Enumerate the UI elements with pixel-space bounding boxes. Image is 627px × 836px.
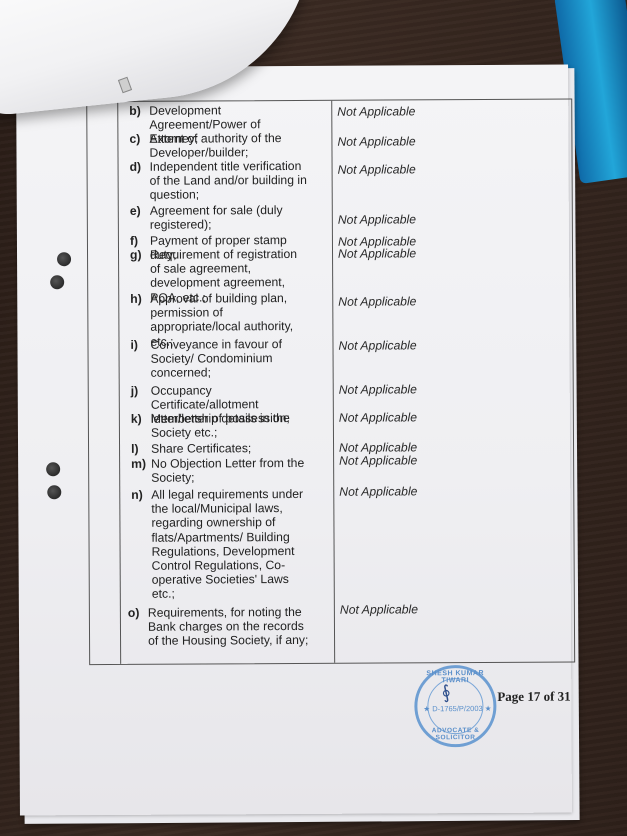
row-value: Not Applicable <box>339 382 417 397</box>
row-value: Not Applicable <box>339 484 417 499</box>
row-label: Conveyance in favour of Society/ Condomi… <box>130 337 310 381</box>
stamp-top-text: SHESH KUMAR TIWARI <box>417 670 493 684</box>
table-row: b)Development Agreement/Power of Attorne… <box>87 102 571 105</box>
row-value: Not Applicable <box>337 134 415 149</box>
advocate-stamp: SHESH KUMAR TIWARI ∮ ★ D-1765/P/2003 ★ A… <box>414 665 496 747</box>
row-label: No Objection Letter from the Society; <box>131 456 311 485</box>
row-value: Not Applicable <box>337 104 415 119</box>
table-row: j)Occupancy Certificate/allotment letter… <box>89 382 573 385</box>
row-value: Not Applicable <box>338 212 416 227</box>
page-number: Page 17 of 31 <box>497 689 570 705</box>
table-divider <box>331 101 335 663</box>
row-value: Not Applicable <box>338 338 416 353</box>
row-value: Not Applicable <box>338 162 416 177</box>
row-value: Not Applicable <box>339 453 417 468</box>
document-page: b)Development Agreement/Power of Attorne… <box>16 65 572 816</box>
table-divider <box>117 102 121 664</box>
row-label: Share Certificates; <box>131 441 311 456</box>
row-label: Requirements, for noting the Bank charge… <box>128 605 316 649</box>
row-label: All legal requirements under the local/M… <box>131 487 312 602</box>
row-label: Extent of authority of the Developer/bui… <box>129 131 309 160</box>
stamp-bottom-text: ADVOCATE & SOLICITOR <box>418 727 494 741</box>
row-value: Not Applicable <box>338 246 416 261</box>
row-value: Not Applicable <box>338 294 416 309</box>
table-row: o)Requirements, for noting the Bank char… <box>90 604 574 607</box>
row-label: Independent title verification of the La… <box>130 159 310 203</box>
punch-hole-icon <box>57 252 71 266</box>
punch-hole-icon <box>47 485 61 499</box>
stamp-registration: ★ D-1765/P/2003 ★ <box>423 704 493 713</box>
punch-hole-icon <box>46 462 60 476</box>
row-label: Agreement for sale (duly registered); <box>130 203 310 232</box>
table-row: n)All legal requirements under the local… <box>89 486 573 489</box>
document-table: b)Development Agreement/Power of Attorne… <box>86 99 575 666</box>
row-label: Membership details in the Society etc.; <box>131 411 311 440</box>
row-value: Not Applicable <box>340 602 418 617</box>
row-value: Not Applicable <box>339 410 417 425</box>
punch-hole-icon <box>50 275 64 289</box>
